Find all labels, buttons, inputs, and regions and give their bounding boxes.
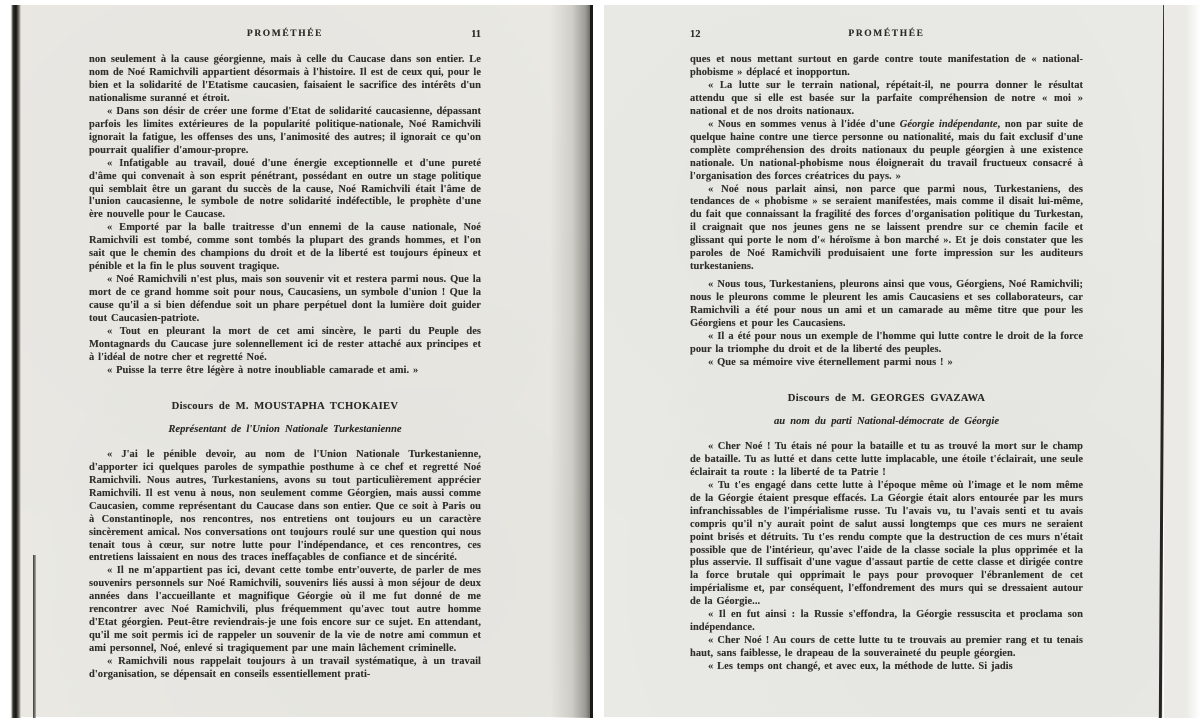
running-header: PROMÉTHÉE 11 <box>89 29 481 45</box>
text-run: ques et nous mettant surtout en garde co… <box>690 54 1083 78</box>
text-run: « J'ai le pénible devoir, au nom de l'Un… <box>89 449 481 564</box>
text-run: « Emporté par la balle traitresse d'un e… <box>89 222 481 272</box>
speech-subheading: Représentant de l'Union Nationale Turkes… <box>89 424 481 435</box>
text-run: Géorgie indépendante <box>900 119 998 130</box>
text-run: « Que sa mémoire vive éternellement parm… <box>708 357 953 368</box>
body-paragraph: « Noé Ramichvili n'est plus, mais son so… <box>89 274 481 326</box>
body-paragraph: « Cher Noé ! Au cours de cette lutte tu … <box>690 635 1083 661</box>
book-spine-edge <box>10 5 21 718</box>
text-run: « Puisse la terre être légère à notre in… <box>107 365 418 376</box>
body-paragraph: « Nous en sommes venus à l'idée d'une Gé… <box>690 119 1083 184</box>
speech-heading: Discours de M. GEORGES GVAZAWA <box>690 393 1083 404</box>
book-spine-crease <box>33 555 36 718</box>
text-run: « Les temps ont changé, et avec eux, la … <box>708 661 1013 672</box>
body-paragraph: « Noé nous parlait ainsi, non parce que … <box>690 184 1083 275</box>
text-run: « Tu t'es engagé dans cette lutte à l'ép… <box>690 480 1083 608</box>
text-run: « Tout en pleurant la mort de cet ami si… <box>89 326 481 363</box>
text-run: « Nous tous, Turkestaniens, pleurons ain… <box>690 279 1083 329</box>
page-11-column: PROMÉTHÉE 11 non seulement à la cause gé… <box>89 29 481 682</box>
body-paragraph: « Tout en pleurant la mort de cet ami si… <box>89 326 481 365</box>
text-run: non seulement à la cause géorgienne, mai… <box>89 54 481 104</box>
body-paragraph: « La lutte sur le terrain national, répé… <box>690 80 1083 119</box>
text-run: « Noé nous parlait ainsi, non parce que … <box>690 184 1083 273</box>
text-run: « Il ne m'appartient pas ici, devant cet… <box>89 565 481 654</box>
page-11: PROMÉTHÉE 11 non seulement à la cause gé… <box>21 5 591 717</box>
text-run: « Noé Ramichvili n'est plus, mais son so… <box>89 274 481 324</box>
page-gutter-shadow <box>550 5 590 718</box>
text-run: « La lutte sur le terrain national, répé… <box>690 80 1083 117</box>
speech-subheading: au nom du parti National-démocrate de Gé… <box>690 416 1083 427</box>
body-paragraph: « Que sa mémoire vive éternellement parm… <box>690 357 1083 370</box>
text-run: « Il a été pour nous un exemple de l'hom… <box>690 331 1083 355</box>
page-body: ques et nous mettant surtout en garde co… <box>690 54 1083 674</box>
body-paragraph: « Emporté par la balle traitresse d'un e… <box>89 222 481 274</box>
scan-margin-right <box>1164 5 1200 718</box>
speech-heading: Discours de M. MOUSTAPHA TCHOKAIEV <box>89 401 481 412</box>
body-paragraph: « J'ai le pénible devoir, au nom de l'Un… <box>89 449 481 566</box>
text-run: « Cher Noé ! Au cours de cette lutte tu … <box>690 635 1083 659</box>
page-number: 12 <box>690 29 701 40</box>
running-title: PROMÉTHÉE <box>690 29 1083 39</box>
body-paragraph: « Il ne m'appartient pas ici, devant cet… <box>89 565 481 656</box>
text-run: « Il en fut ainsi : la Russie s'effondra… <box>690 609 1083 633</box>
text-run: « Ramichvili nous rappelait toujours à u… <box>89 656 481 680</box>
running-title: PROMÉTHÉE <box>89 29 481 39</box>
page-body: non seulement à la cause géorgienne, mai… <box>89 54 481 682</box>
running-header: PROMÉTHÉE 12 <box>690 29 1083 45</box>
text-run: « Infatigable au travail, doué d'une éne… <box>89 158 481 221</box>
body-paragraph: « Il en fut ainsi : la Russie s'effondra… <box>690 609 1083 635</box>
text-run: « Dans son désir de créer une forme d'Et… <box>89 106 481 156</box>
body-paragraph: « Tu t'es engagé dans cette lutte à l'ép… <box>690 480 1083 610</box>
body-paragraph: « Cher Noé ! Tu étais né pour la bataill… <box>690 441 1083 480</box>
body-paragraph: « Nous tous, Turkestaniens, pleurons ain… <box>690 279 1083 331</box>
body-paragraph: « Ramichvili nous rappelait toujours à u… <box>89 656 481 682</box>
body-paragraph: « Puisse la terre être légère à notre in… <box>89 365 481 378</box>
body-paragraph: « Dans son désir de créer une forme d'Et… <box>89 106 481 158</box>
text-run: « Cher Noé ! Tu étais né pour la bataill… <box>690 441 1083 478</box>
body-paragraph: « Il a été pour nous un exemple de l'hom… <box>690 331 1083 357</box>
text-run: « Nous en sommes venus à l'idée d'une <box>708 119 900 130</box>
scan-background: PROMÉTHÉE 11 non seulement à la cause gé… <box>0 0 1200 726</box>
body-paragraph: « Les temps ont changé, et avec eux, la … <box>690 661 1083 674</box>
page-number: 11 <box>471 29 481 40</box>
page-12-column: PROMÉTHÉE 12 ques et nous mettant surtou… <box>690 29 1083 674</box>
body-paragraph: « Infatigable au travail, doué d'une éne… <box>89 158 481 223</box>
page-edge-line-center <box>590 5 593 718</box>
body-paragraph: ques et nous mettant surtout en garde co… <box>690 54 1083 80</box>
page-12: PROMÉTHÉE 12 ques et nous mettant surtou… <box>604 5 1163 717</box>
body-paragraph: non seulement à la cause géorgienne, mai… <box>89 54 481 106</box>
